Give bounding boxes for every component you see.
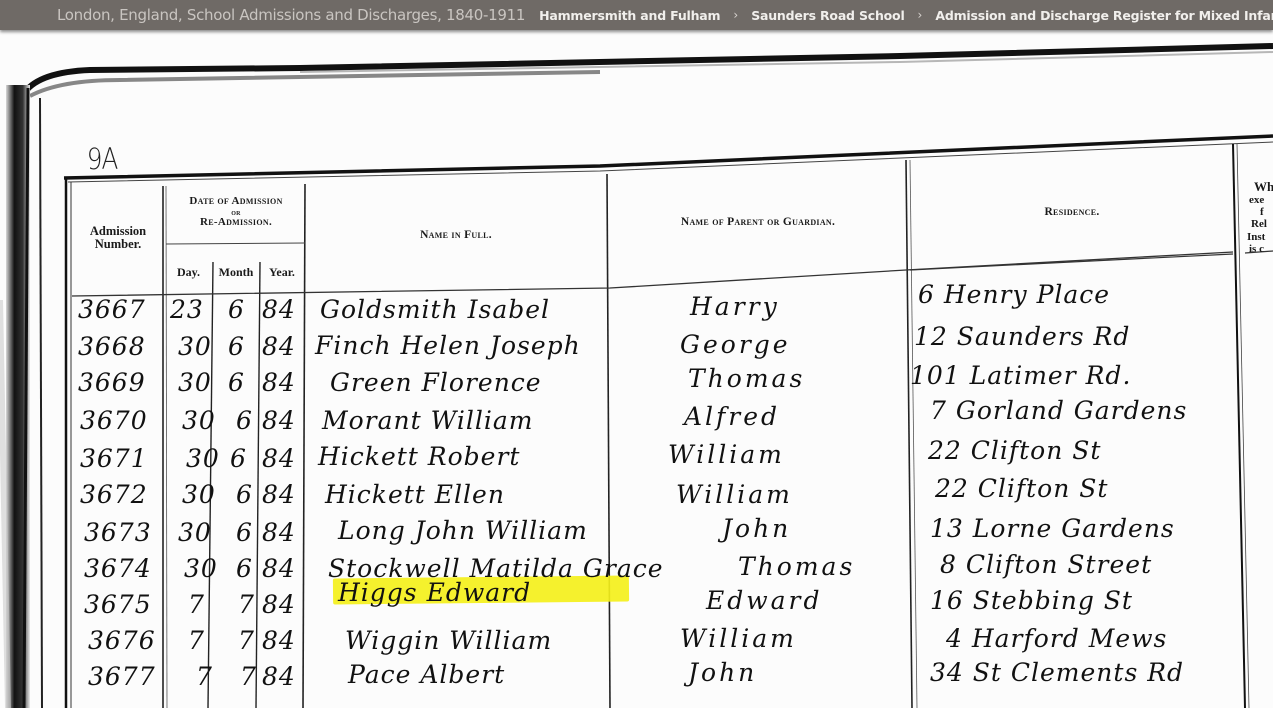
chevron-right-icon: › [733, 8, 738, 22]
header-religious-instruction-partial: Wh exe f Rel Inst is c [1244, 180, 1273, 255]
header-date-line1: Date of Admission [166, 196, 306, 208]
header-name-in-full: Name in Full. [306, 229, 606, 241]
year: 84 [262, 332, 296, 361]
day: 7 [188, 626, 205, 655]
month: 6 [236, 406, 253, 435]
parent-name: William [680, 624, 797, 653]
residence: 7 Gorland Gardens [930, 396, 1187, 425]
admission-number: 3671 [80, 444, 148, 473]
partial-line: is c [1244, 243, 1273, 255]
parent-name: Thomas [738, 552, 855, 581]
page-number: 9A [87, 142, 118, 176]
admission-number: 3672 [80, 480, 148, 509]
chevron-right-icon: › [918, 8, 923, 22]
month: 6 [236, 480, 253, 509]
partial-line: f [1244, 206, 1273, 218]
breadcrumb-bar: London, England, School Admissions and D… [0, 0, 1273, 30]
day: 30 [184, 554, 218, 583]
name-in-full: Pace Albert [348, 660, 505, 689]
month: 6 [228, 332, 245, 361]
parent-name: William [668, 440, 785, 469]
month: 6 [236, 518, 253, 547]
month: 6 [230, 444, 247, 473]
admission-number: 3667 [78, 295, 146, 324]
month: 7 [238, 590, 255, 619]
admission-number: 3670 [80, 406, 148, 435]
day: 30 [182, 406, 216, 435]
parent-name: Edward [706, 586, 823, 615]
day: 30 [182, 480, 216, 509]
admission-number: 3674 [84, 554, 152, 583]
year: 84 [262, 406, 296, 435]
day: 30 [178, 368, 212, 397]
parent-name: John [688, 658, 757, 687]
admission-number: 3669 [78, 368, 146, 397]
year: 84 [262, 518, 296, 547]
partial-line: Wh [1244, 180, 1273, 194]
collection-title: London, England, School Admissions and D… [57, 6, 525, 24]
name-in-full: Hickett Ellen [325, 480, 505, 509]
admission-number: 3676 [88, 626, 156, 655]
residence: 6 Henry Place [918, 280, 1110, 309]
day: 30 [178, 518, 212, 547]
breadcrumb-hammersmith-and-fulham[interactable]: Hammersmith and Fulham [539, 8, 720, 23]
header-date-of-admission: Date of Admission or Re-Admission. [166, 196, 306, 229]
year: 84 [262, 626, 296, 655]
residence: 4 Harford Mews [946, 624, 1167, 653]
admission-number: 3675 [84, 590, 152, 619]
name-in-full: Finch Helen Joseph [315, 331, 581, 360]
image-viewer[interactable]: 9A Admission Number. Date of Admission o… [0, 30, 1273, 708]
residence: 8 Clifton Street [940, 550, 1152, 579]
breadcrumb-admission-register[interactable]: Admission and Discharge Register for Mix… [935, 8, 1273, 23]
parent-name: Harry [690, 292, 780, 321]
parent-name: John [722, 514, 791, 543]
year: 84 [262, 554, 296, 583]
residence: 101 Latimer Rd. [910, 361, 1131, 390]
month: 6 [236, 554, 253, 583]
parent-name: William [676, 480, 793, 509]
partial-line: Inst [1244, 231, 1273, 243]
residence: 34 St Clements Rd [930, 658, 1184, 687]
partial-line: exe [1244, 194, 1273, 206]
day: 23 [170, 295, 204, 324]
residence: 12 Saunders Rd [914, 322, 1130, 351]
header-day: Day. [166, 266, 211, 279]
name-in-full: Morant William [322, 406, 533, 435]
name-in-full: Long John William [338, 516, 588, 545]
header-year: Year. [260, 266, 304, 279]
year: 84 [262, 368, 296, 397]
header-month: Month [213, 266, 259, 279]
year: 84 [262, 590, 296, 619]
name-in-full: Goldsmith Isabel [320, 295, 550, 324]
day: 30 [186, 444, 220, 473]
admission-number: 3677 [88, 662, 156, 691]
month: 6 [228, 368, 245, 397]
year: 84 [262, 444, 296, 473]
day: 7 [196, 662, 213, 691]
day: 30 [178, 332, 212, 361]
breadcrumb-saunders-road-school[interactable]: Saunders Road School [751, 8, 904, 23]
header-admission-number: Admission Number. [78, 225, 158, 251]
residence: 16 Stebbing St [930, 586, 1133, 615]
parent-name: Thomas [688, 364, 805, 393]
name-in-full: Wiggin William [345, 626, 552, 655]
month: 7 [240, 662, 257, 691]
year: 84 [262, 662, 296, 691]
month: 7 [238, 626, 255, 655]
month: 6 [228, 295, 245, 324]
day: 7 [188, 590, 205, 619]
name-in-full: Hickett Robert [318, 442, 520, 471]
header-residence: Residence. [912, 206, 1232, 218]
header-date-line3: Re-Admission. [166, 217, 306, 229]
parent-name: Alfred [684, 402, 780, 431]
admission-number: 3668 [78, 332, 146, 361]
year: 84 [262, 480, 296, 509]
name-in-full: Higgs Edward [338, 578, 531, 607]
header-admission-number-text: Admission Number. [90, 224, 146, 251]
residence: 22 Clifton St [928, 436, 1101, 465]
name-in-full: Green Florence [330, 368, 542, 397]
residence: 22 Clifton St [935, 474, 1108, 503]
breadcrumb: Hammersmith and Fulham › Saunders Road S… [539, 8, 1273, 23]
parent-name: George [680, 330, 791, 359]
year: 84 [262, 295, 296, 324]
partial-line: Rel [1244, 218, 1273, 230]
admission-number: 3673 [84, 518, 152, 547]
residence: 13 Lorne Gardens [930, 514, 1175, 543]
header-parent-or-guardian: Name of Parent or Guardian. [610, 216, 906, 228]
